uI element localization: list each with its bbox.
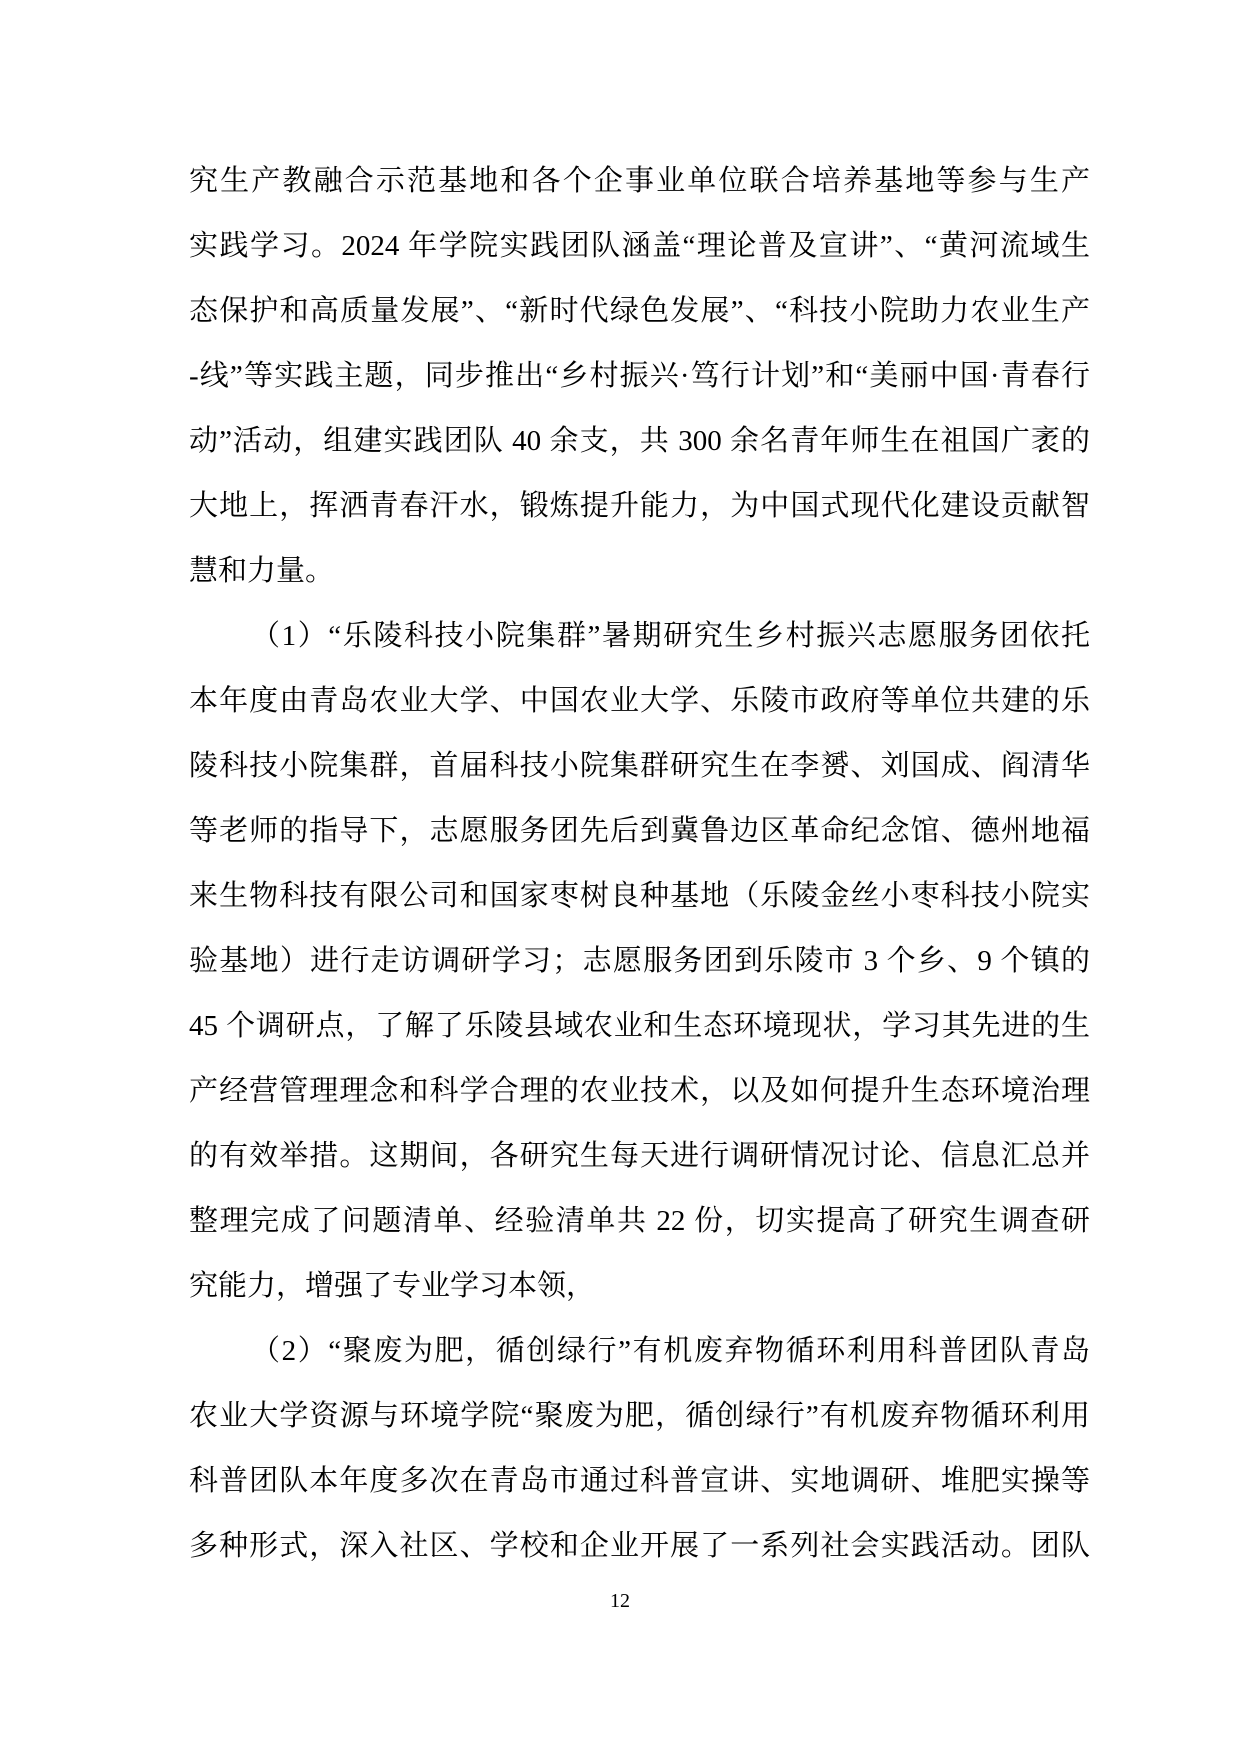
text-line: 产经营管理理念和科学合理的农业技术，以及如何提升生态环境治理 bbox=[189, 1059, 1090, 1124]
paragraph: 究生产教融合示范基地和各个企事业单位联合培养基地等参与生产实践学习。2024 年… bbox=[189, 149, 1090, 604]
text-line: 验基地）进行走访调研学习；志愿服务团到乐陵市 3 个乡、9 个镇的 bbox=[189, 929, 1090, 994]
text-line: 的有效举措。这期间，各研究生每天进行调研情况讨论、信息汇总并 bbox=[189, 1124, 1090, 1189]
text-line: （1）“乐陵科技小院集群”暑期研究生乡村振兴志愿服务团依托 bbox=[189, 604, 1090, 669]
text-line: 大地上，挥洒青春汗水，锻炼提升能力，为中国式现代化建设贡献智 bbox=[189, 474, 1090, 539]
text-line: 等老师的指导下，志愿服务团先后到冀鲁边区革命纪念馆、德州地福 bbox=[189, 799, 1090, 864]
text-line: 态保护和高质量发展”、“新时代绿色发展”、“科技小院助力农业生产 bbox=[189, 279, 1090, 344]
page-number: 12 bbox=[0, 1588, 1240, 1614]
document-body: 究生产教融合示范基地和各个企事业单位联合培养基地等参与生产实践学习。2024 年… bbox=[189, 149, 1090, 1579]
text-line: 整理完成了问题清单、经验清单共 22 份，切实提高了研究生调查研 bbox=[189, 1189, 1090, 1254]
text-line: 究能力，增强了专业学习本领， bbox=[189, 1254, 1090, 1319]
text-line: 多种形式，深入社区、学校和企业开展了一系列社会实践活动。团队 bbox=[189, 1514, 1090, 1579]
paragraph: （1）“乐陵科技小院集群”暑期研究生乡村振兴志愿服务团依托本年度由青岛农业大学、… bbox=[189, 604, 1090, 1319]
text-line: -线”等实践主题，同步推出“乡村振兴·笃行计划”和“美丽中国·青春行 bbox=[189, 344, 1090, 409]
text-line: 农业大学资源与环境学院“聚废为肥，循创绿行”有机废弃物循环利用 bbox=[189, 1384, 1090, 1449]
document-page: 究生产教融合示范基地和各个企事业单位联合培养基地等参与生产实践学习。2024 年… bbox=[0, 0, 1240, 1753]
text-line: 45 个调研点，了解了乐陵县域农业和生态环境现状，学习其先进的生 bbox=[189, 994, 1090, 1059]
text-line: 慧和力量。 bbox=[189, 539, 1090, 604]
text-line: （2）“聚废为肥，循创绿行”有机废弃物循环利用科普团队青岛 bbox=[189, 1319, 1090, 1384]
text-line: 实践学习。2024 年学院实践团队涵盖“理论普及宣讲”、“黄河流域生 bbox=[189, 214, 1090, 279]
text-line: 来生物科技有限公司和国家枣树良种基地（乐陵金丝小枣科技小院实 bbox=[189, 864, 1090, 929]
text-line: 本年度由青岛农业大学、中国农业大学、乐陵市政府等单位共建的乐 bbox=[189, 669, 1090, 734]
text-line: 科普团队本年度多次在青岛市通过科普宣讲、实地调研、堆肥实操等 bbox=[189, 1449, 1090, 1514]
text-line: 究生产教融合示范基地和各个企事业单位联合培养基地等参与生产 bbox=[189, 149, 1090, 214]
paragraph: （2）“聚废为肥，循创绿行”有机废弃物循环利用科普团队青岛农业大学资源与环境学院… bbox=[189, 1319, 1090, 1579]
text-line: 陵科技小院集群，首届科技小院集群研究生在李赟、刘国成、阎清华 bbox=[189, 734, 1090, 799]
text-line: 动”活动，组建实践团队 40 余支，共 300 余名青年师生在祖国广袤的 bbox=[189, 409, 1090, 474]
